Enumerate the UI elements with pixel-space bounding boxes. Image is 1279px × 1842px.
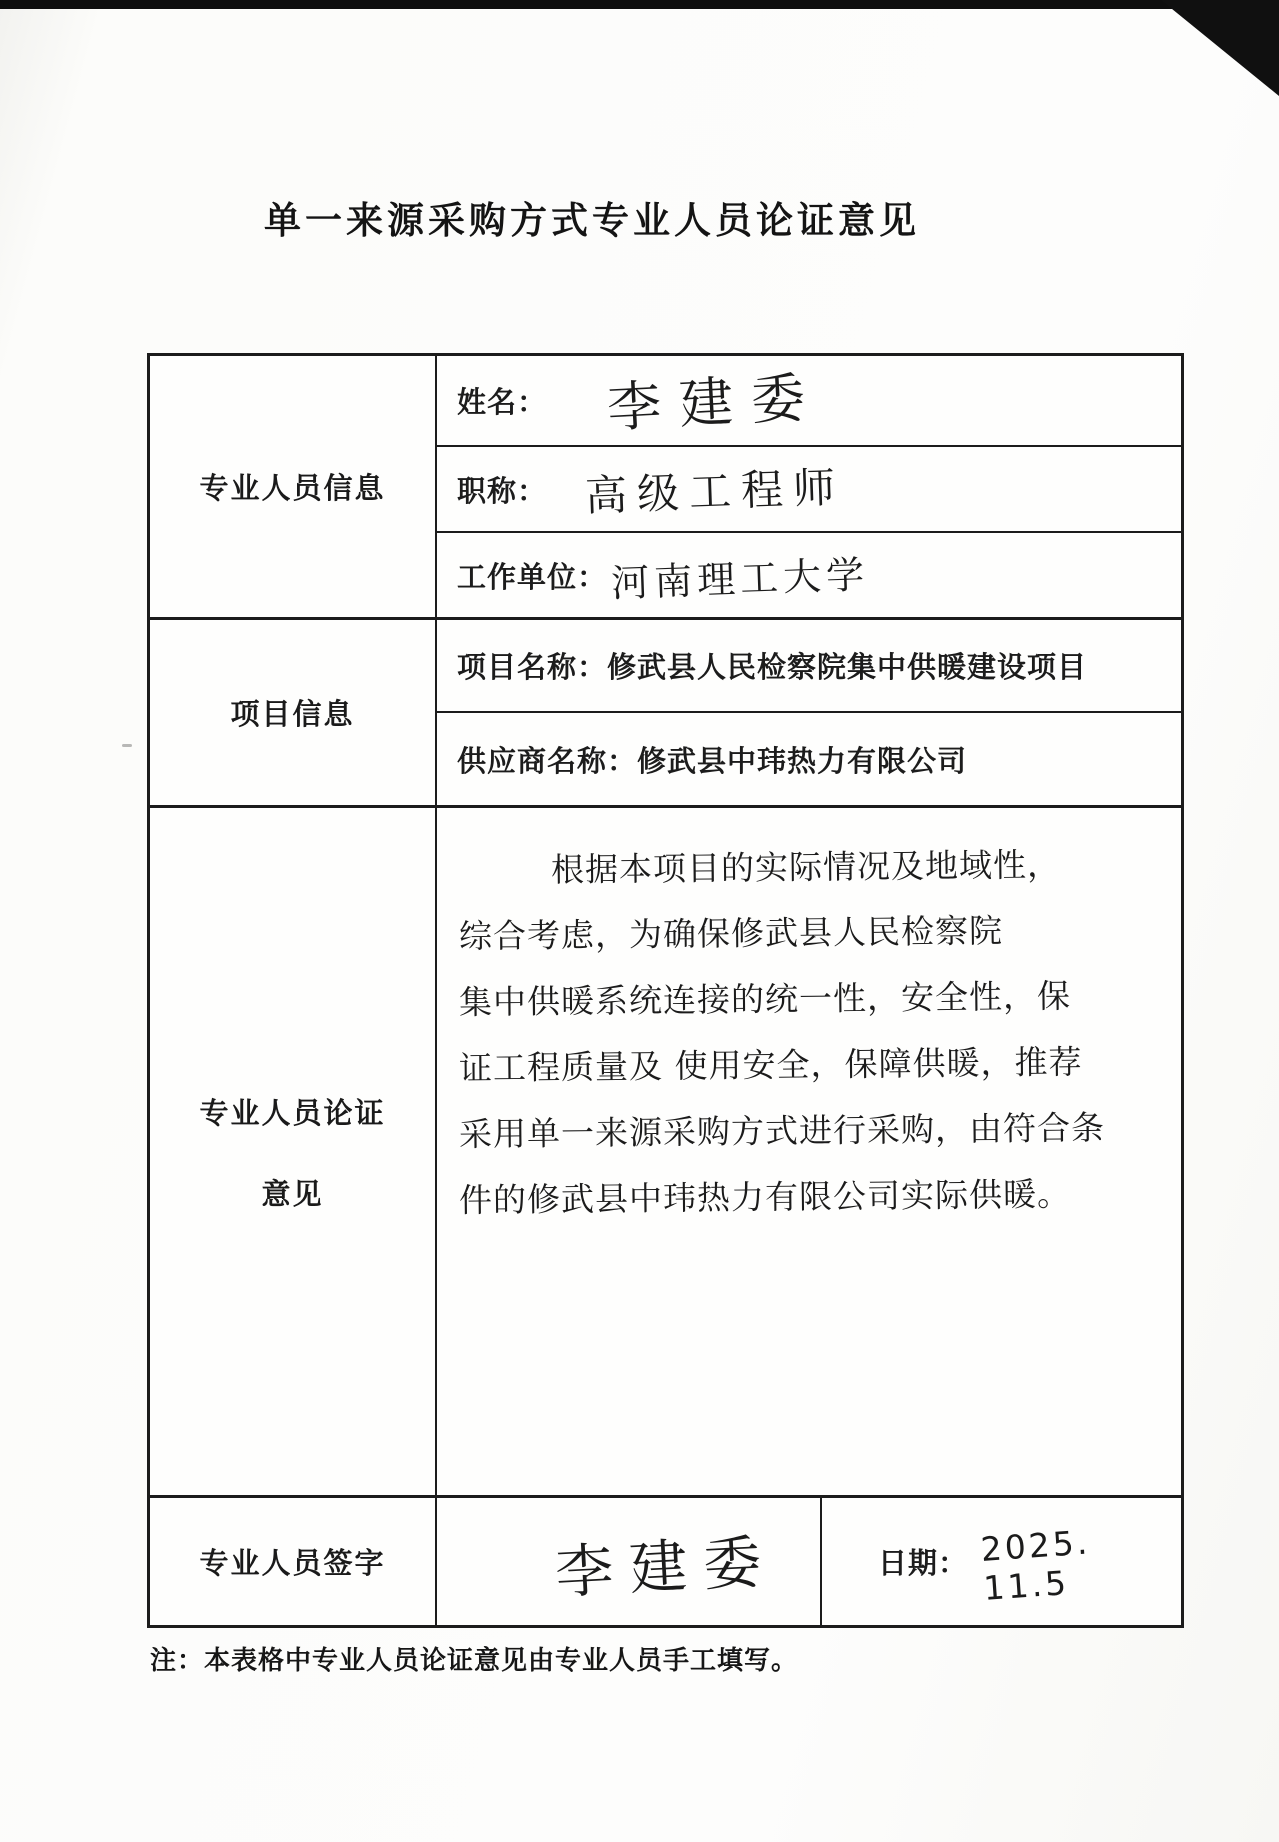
project-name-value: 修武县人民检察院集中供暖建设项目 (607, 645, 1087, 686)
opinion-section-text-line1: 专业人员论证 (199, 1091, 385, 1132)
row-name: 姓名： 李建委 (435, 356, 1181, 445)
scan-edge-corner (1161, 0, 1279, 96)
work-unit-handwritten-value: 河南理工大学 (610, 543, 870, 607)
scanned-document-page: 单一来源采购方式专业人员论证意见 专业人员信息 姓名： 李建委 职称： 高级工程… (0, 0, 1279, 1842)
scan-edge-top (0, 0, 1279, 9)
signature-handwritten-value: 李建委 (553, 1514, 779, 1610)
section-label-signature: 专业人员签字 (150, 1495, 435, 1625)
opinion-line: 证工程质量及 使用安全，保障供暖，推荐 (459, 1028, 1174, 1101)
name-label: 姓名： (437, 380, 547, 421)
opinion-line: 件的修武县中玮热力有限公司实际供暖。 (459, 1160, 1174, 1233)
date-handwritten-value: 2025. 11.5 (980, 1516, 1181, 1608)
row-jobtitle: 职称： 高级工程师 (435, 445, 1181, 531)
supplier-label: 供应商名称： (437, 739, 637, 780)
opinion-line: 综合考虑，为确保修武县人民检察院 (459, 896, 1174, 969)
personnel-section-text: 专业人员信息 (199, 466, 385, 507)
opinion-cell: 根据本项目的实际情况及地域性， 综合考虑，为确保修武县人民检察院 集中供暖系统连… (435, 805, 1181, 1495)
opinion-handwritten-text: 根据本项目的实际情况及地域性， 综合考虑，为确保修武县人民检察院 集中供暖系统连… (437, 808, 1181, 1230)
footnote: 注：本表格中专业人员论证意见由专业人员手工填写。 (150, 1640, 798, 1677)
opinion-line: 集中供暖系统连接的统一性，安全性，保 (459, 962, 1174, 1035)
jobtitle-handwritten-value: 高级工程师 (584, 454, 846, 523)
document-title: 单一来源采购方式专业人员论证意见 (0, 190, 1184, 244)
project-section-text: 项目信息 (230, 692, 354, 733)
scan-smudge (122, 744, 132, 747)
project-name-label: 项目名称： (437, 645, 607, 686)
opinion-line: 采用单一来源采购方式进行采购，由符合条 (459, 1094, 1174, 1167)
row-work-unit: 工作单位： 河南理工大学 (435, 531, 1181, 617)
form-table: 专业人员信息 姓名： 李建委 职称： 高级工程师 工作单位： 河南理工大学 项目… (147, 353, 1184, 1628)
supplier-value: 修武县中玮热力有限公司 (637, 739, 967, 780)
date-label: 日期： (822, 1541, 968, 1582)
opinion-line: 根据本项目的实际情况及地域性， (551, 831, 1174, 904)
section-label-personnel: 专业人员信息 (150, 356, 435, 617)
signature-cell: 李建委 (435, 1495, 820, 1625)
section-label-project: 项目信息 (150, 617, 435, 805)
opinion-section-text-line2: 意见 (261, 1172, 323, 1213)
work-unit-label: 工作单位： (437, 555, 607, 596)
date-cell: 日期： 2025. 11.5 (820, 1495, 1181, 1625)
section-label-opinion: 专业人员论证 意见 (150, 805, 435, 1495)
name-handwritten-value: 李建委 (605, 356, 825, 443)
row-project-name: 项目名称： 修武县人民检察院集中供暖建设项目 (435, 617, 1181, 711)
signature-section-text: 专业人员签字 (199, 1541, 385, 1582)
row-supplier-name: 供应商名称： 修武县中玮热力有限公司 (435, 711, 1181, 805)
jobtitle-label: 职称： (437, 469, 547, 510)
